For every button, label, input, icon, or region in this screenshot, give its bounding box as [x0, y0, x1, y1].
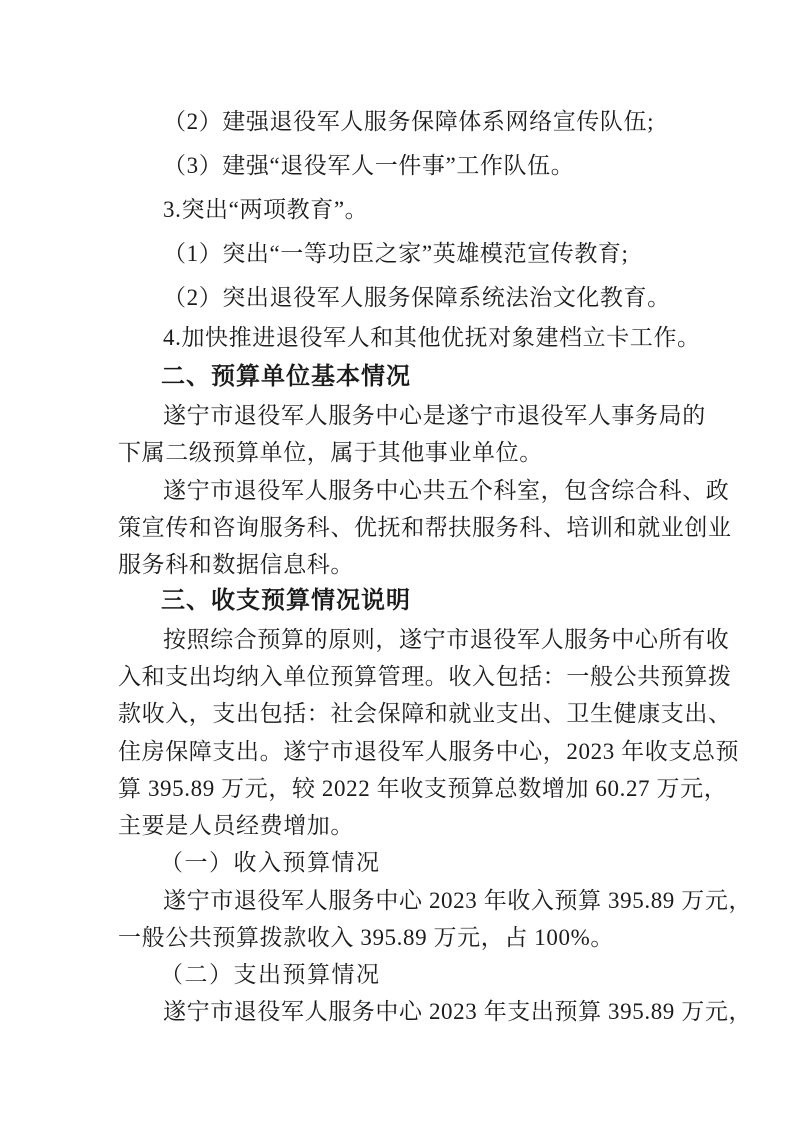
- paragraph-line: 策宣传和咨询服务科、优抚和帮扶服务科、培训和就业创业: [118, 514, 732, 542]
- paragraph-line: 一般公共预算拨款收入 395.89 万元，占 100%。: [118, 924, 614, 952]
- list-item-line: （1）突出“一等功臣之家”英雄模范宣传教育;: [163, 240, 629, 268]
- paragraph-line: 遂宁市退役军人服务中心 2023 年支出预算 395.89 万元，: [163, 998, 752, 1026]
- document-page: （2）建强退役军人服务保障体系网络宣传队伍; （3）建强“退役军人一件事”工作队…: [0, 0, 793, 1122]
- paragraph-line: 主要是人员经费增加。: [118, 812, 354, 840]
- paragraph-line: 住房保障支出。遂宁市退役军人服务中心，2023 年收支总预: [118, 738, 739, 766]
- paragraph-line: 入和支出均纳入单位预算管理。收入包括：一般公共预算拨: [118, 663, 732, 691]
- list-item-line: （2）突出退役军人服务保障系统法治文化教育。: [163, 284, 671, 312]
- list-item-line: 3.突出“两项教育”。: [163, 196, 368, 224]
- paragraph-line: 遂宁市退役军人服务中心 2023 年收入预算 395.89 万元，: [163, 887, 752, 915]
- list-item-line: （2）建强退役军人服务保障体系网络宣传队伍;: [163, 108, 654, 136]
- list-item-line: （3）建强“退役军人一件事”工作队伍。: [163, 152, 574, 180]
- sub-heading-expense: （二）支出预算情况: [160, 961, 381, 989]
- paragraph-line: 算 395.89 万元，较 2022 年收支预算总数增加 60.27 万元，: [118, 775, 727, 803]
- paragraph-line: 款收入，支出包括：社会保障和就业支出、卫生健康支出、: [118, 700, 732, 728]
- list-item-line: 4.加快推进退役军人和其他优抚对象建档立卡工作。: [163, 324, 701, 352]
- section-heading-2: 二、预算单位基本情况: [161, 363, 411, 391]
- paragraph-line: 按照综合预算的原则，遂宁市退役军人服务中心所有收: [163, 626, 729, 654]
- sub-heading-income: （一）收入预算情况: [160, 849, 381, 877]
- section-heading-3: 三、收支预算情况说明: [161, 587, 411, 615]
- paragraph-line: 遂宁市退役军人服务中心共五个科室，包含综合科、政: [163, 477, 729, 505]
- paragraph-line: 下属二级预算单位，属于其他事业单位。: [118, 439, 543, 467]
- paragraph-line: 遂宁市退役军人服务中心是遂宁市退役军人事务局的: [163, 402, 706, 430]
- paragraph-line: 服务科和数据信息科。: [118, 551, 354, 579]
